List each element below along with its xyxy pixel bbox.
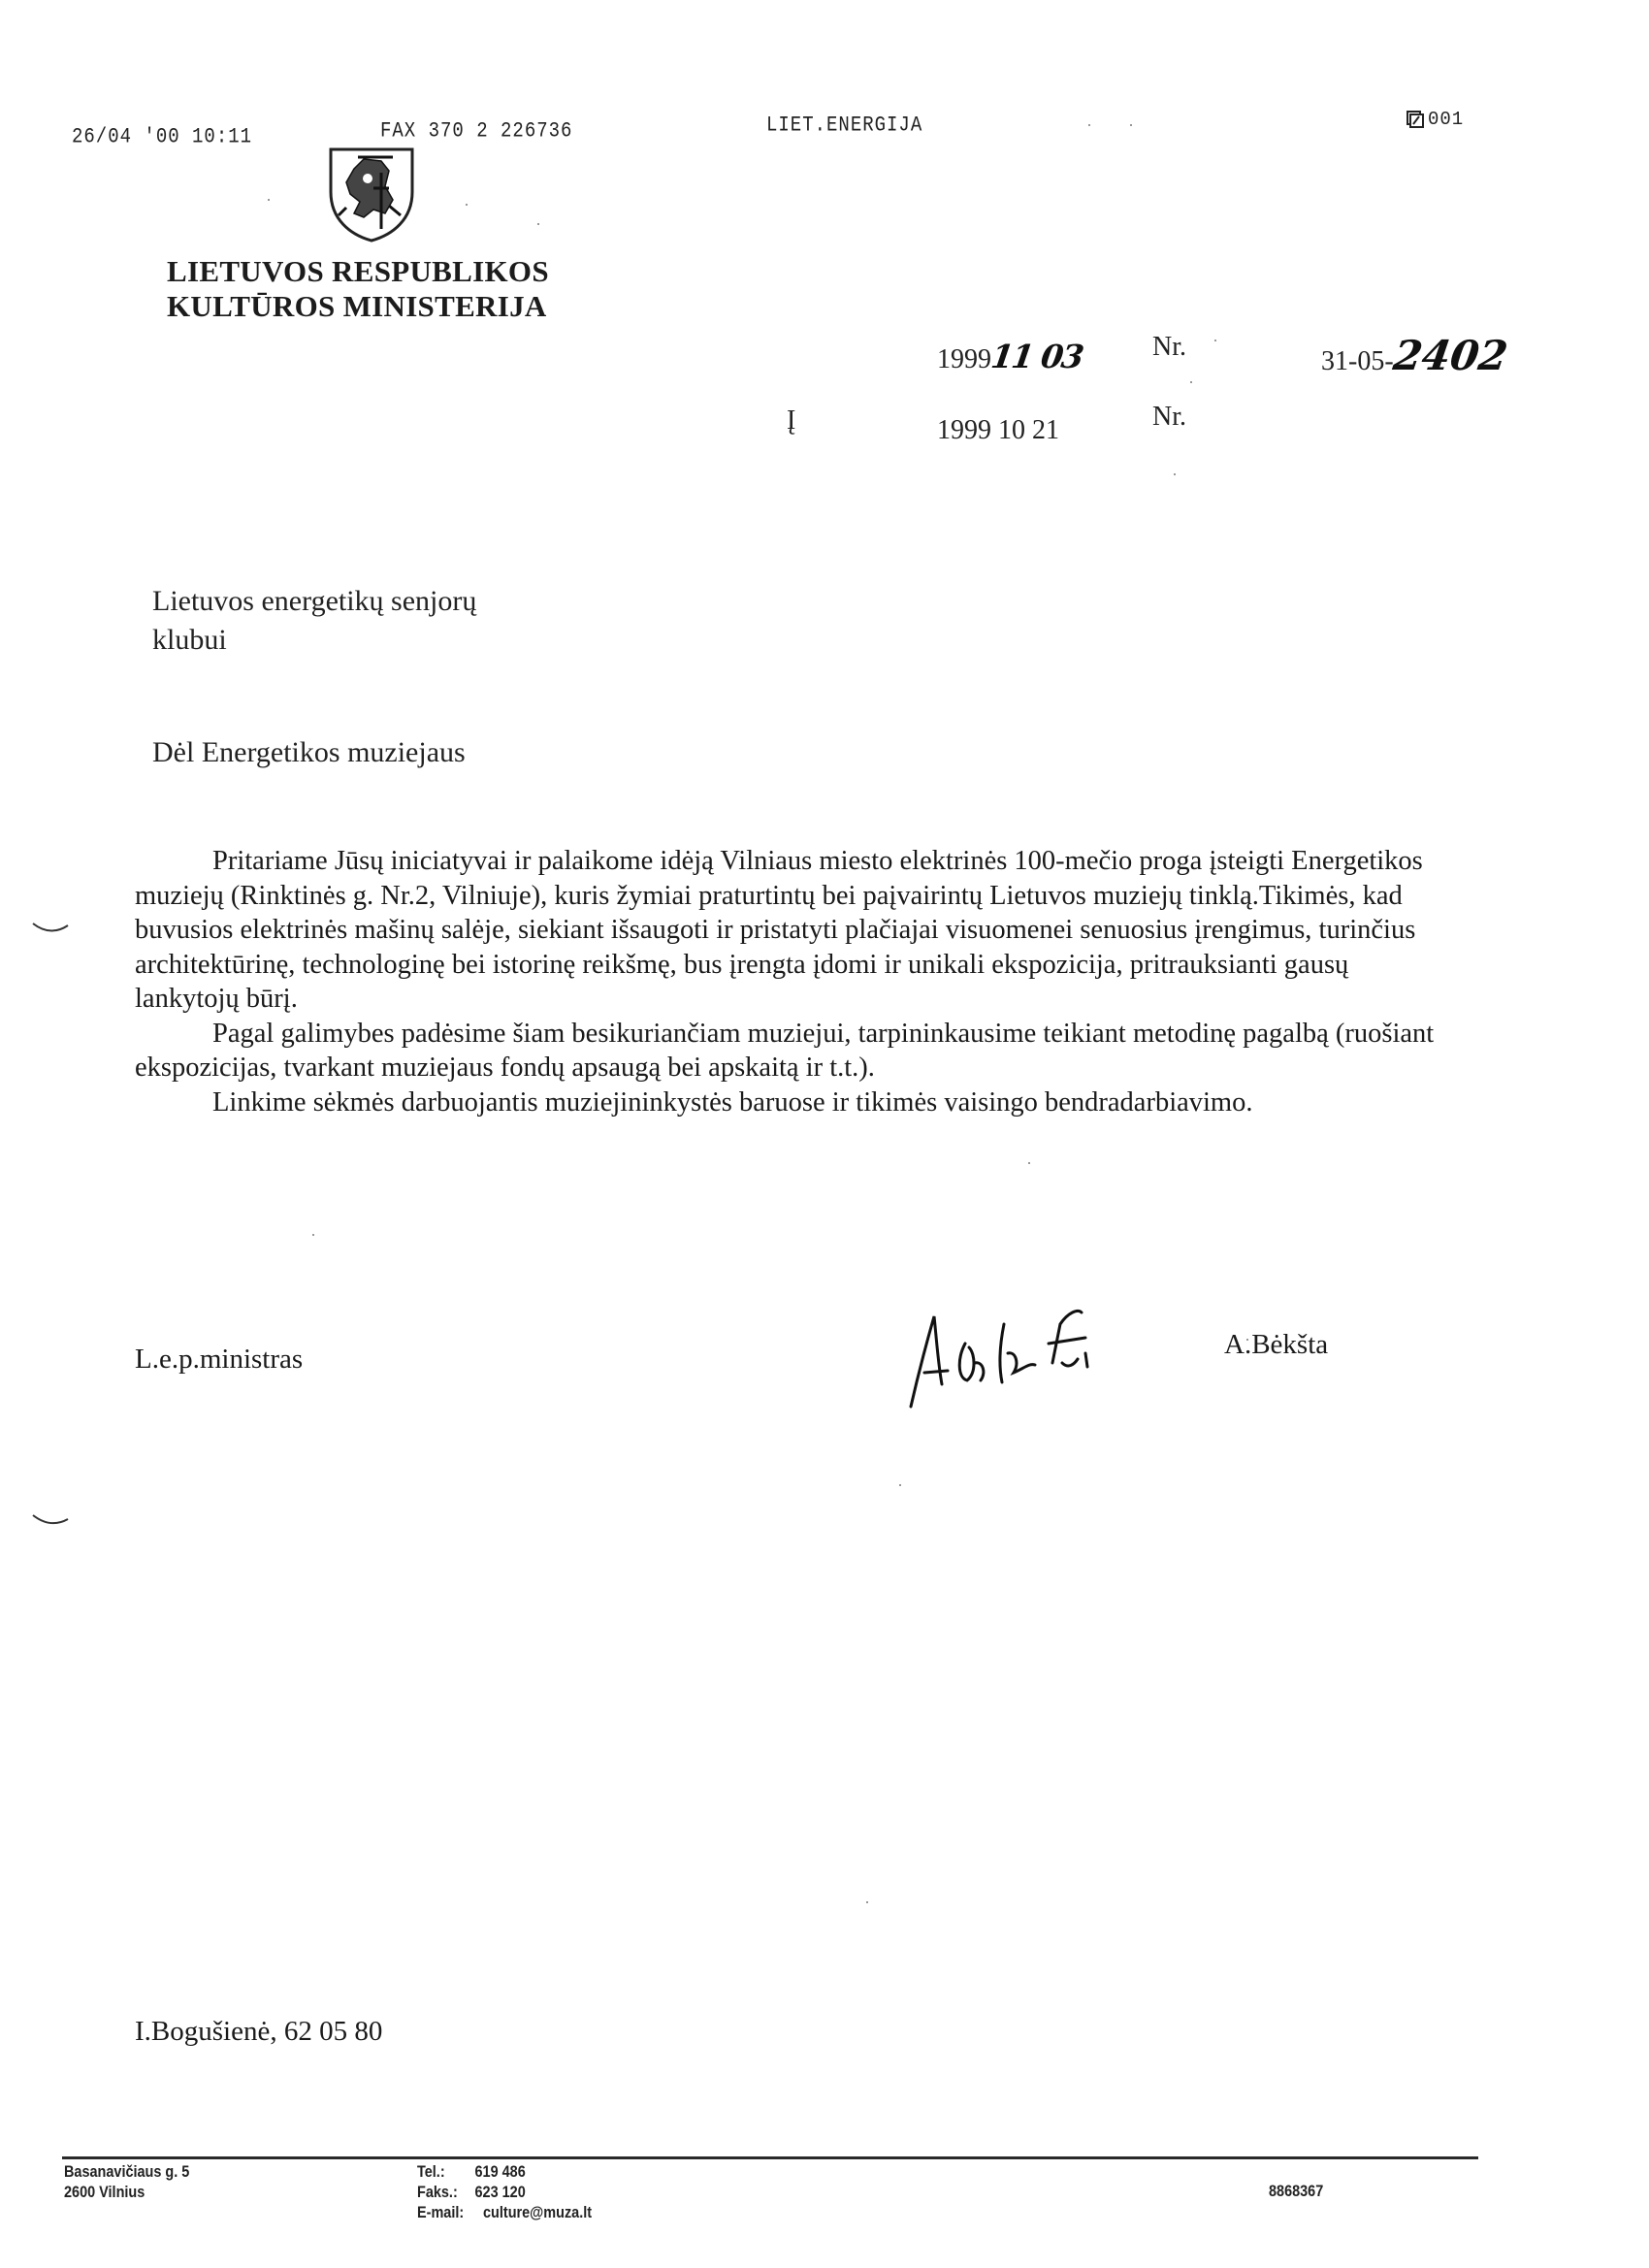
footer-email-label: E-mail: [417, 2202, 483, 2222]
body-paragraph: Linkime sėkmės darbuojantis muziejininky… [135, 1085, 1454, 1120]
fax-number: FAX 370 2 226736 [380, 118, 572, 143]
outgoing-date: 199911 03 [937, 338, 1082, 375]
fax-page-number: 001 [1428, 109, 1464, 130]
footer-tel-value: 619 486 [475, 2161, 526, 2182]
fax-page-icon [1406, 111, 1424, 128]
footer-street: Basanavičiaus g. 5 [64, 2161, 189, 2182]
fax-page-indicator: 001 [1406, 109, 1464, 130]
body-paragraph: Pritariame Jūsų iniciatyvai ir palaikome… [135, 844, 1454, 1017]
outgoing-number-printed: 31-05- [1321, 346, 1394, 376]
signatory-name: A.Bėkšta [1224, 1329, 1328, 1361]
signatory-title: L.e.p.ministras [135, 1344, 303, 1376]
footer-contacts: Tel.: 619 486 Faks.: 623 120 E-mail: cul… [417, 2161, 592, 2222]
footer-divider [62, 2156, 1478, 2159]
coat-of-arms-vytis-icon [325, 146, 418, 243]
footer-tel-label: Tel.: [417, 2161, 475, 2182]
footer-fax-row: Faks.: 623 120 [417, 2182, 592, 2202]
margin-mark [31, 1513, 70, 1532]
outgoing-nr-label: Nr. [1152, 332, 1186, 363]
outgoing-date-handwritten: 11 03 [988, 338, 1084, 375]
footer-email-value[interactable]: culture@muza.lt [483, 2202, 592, 2222]
ministry-name-line2: KULTŪROS MINISTERIJA [167, 289, 547, 324]
handwritten-signature-icon [907, 1305, 1135, 1411]
reply-marker: Į [787, 405, 795, 437]
footer-city: 2600 Vilnius [64, 2182, 189, 2202]
reply-date: 1999 10 21 [937, 415, 1059, 446]
fax-sender: LIET.ENERGIJA [766, 113, 922, 137]
outgoing-number-handwritten: 2402 [1390, 332, 1510, 379]
letter-body: Pritariame Jūsų iniciatyvai ir palaikome… [135, 844, 1454, 1119]
footer-tel-row: Tel.: 619 486 [417, 2161, 592, 2182]
contact-person: I.Bogušienė, 62 05 80 [135, 2016, 382, 2048]
body-paragraph: Pagal galimybes padėsime šiam besikurian… [135, 1017, 1454, 1085]
ministry-name-line1: LIETUVOS RESPUBLIKOS [167, 254, 549, 289]
recipient-line1: Lietuvos energetikų senjorų [152, 582, 476, 621]
footer-address: Basanavičiaus g. 5 2600 Vilnius [64, 2161, 189, 2202]
margin-mark [31, 922, 70, 940]
subject-line: Dėl Energetikos muziejaus [152, 733, 466, 772]
outgoing-date-printed: 1999 [937, 344, 991, 374]
footer-code: 8868367 [1269, 2181, 1323, 2201]
fax-datetime: 26/04 '00 10:11 [72, 124, 252, 148]
footer-fax-label: Faks.: [417, 2182, 475, 2202]
recipient-line2: klubui [152, 621, 227, 660]
reply-nr-label: Nr. [1152, 402, 1186, 433]
footer-email-row: E-mail: culture@muza.lt [417, 2202, 592, 2222]
footer-fax-value: 623 120 [475, 2182, 526, 2202]
outgoing-number: 31-05-2402 [1321, 332, 1507, 379]
